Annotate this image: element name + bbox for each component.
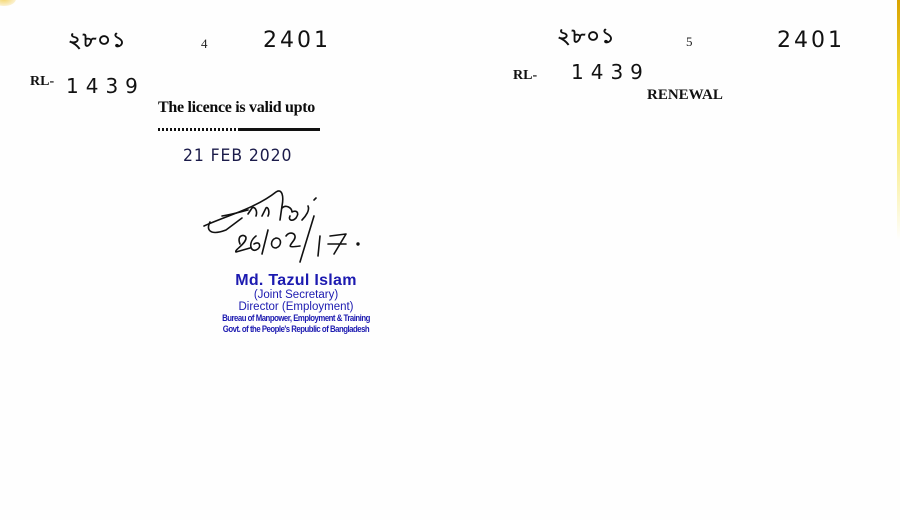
page-number: 4 <box>201 36 208 52</box>
organization: Bureau of Manpower, Employment & Trainin… <box>221 313 372 324</box>
bengali-number: ২৮০১ <box>68 24 127 59</box>
rl-label: RL- <box>513 68 537 84</box>
government: Govt. of the People's Republic of Bangla… <box>221 324 372 335</box>
rl-number: 1439 <box>571 60 650 84</box>
renewal-heading: RENEWAL <box>647 87 723 104</box>
validity-text: The licence is valid upto <box>158 99 315 117</box>
expiry-date: 21 FEB 2020 <box>183 146 292 166</box>
page-number: 5 <box>686 34 693 50</box>
officer-name: Md. Tazul Islam <box>204 272 388 289</box>
rl-number: 1439 <box>66 74 145 98</box>
paper-stain <box>0 0 16 6</box>
document-page: ২৮০১ 4 2401 RL- 1439 The licence is vali… <box>0 0 900 520</box>
official-stamp: Md. Tazul Islam (Joint Secretary) Direct… <box>204 272 388 335</box>
officer-title: (Joint Secretary) <box>204 289 388 301</box>
dotted-line <box>158 128 320 131</box>
licence-number: 2401 <box>263 28 331 53</box>
bengali-number: ২৮০১ <box>557 20 616 55</box>
rl-label: RL- <box>30 74 54 90</box>
licence-number: 2401 <box>777 28 845 53</box>
signature <box>196 186 376 266</box>
officer-position: Director (Employment) <box>204 301 388 313</box>
